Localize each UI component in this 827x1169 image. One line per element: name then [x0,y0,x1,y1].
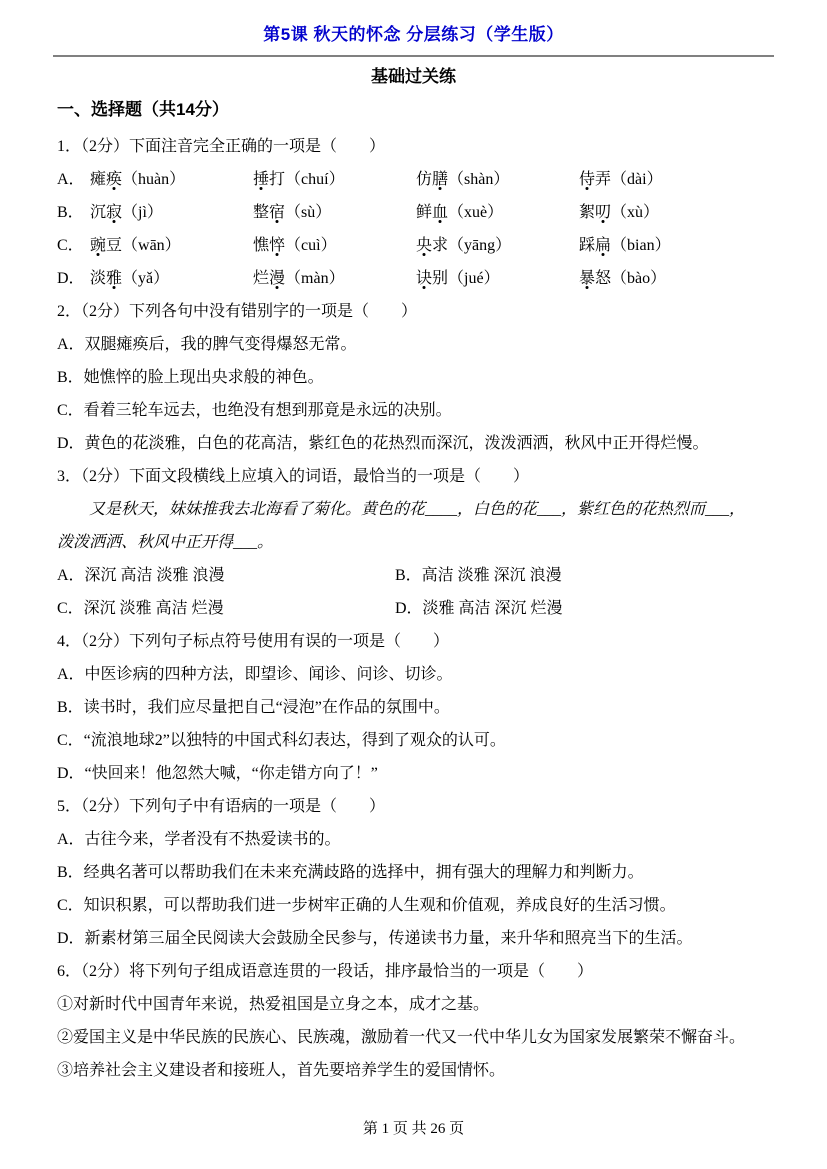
question-2-option-b: B．她憔悴的脸上现出央求般的神色。 [57,361,770,394]
question-4-option-a: A．中医诊病的四种方法，即望诊、闻诊、问诊、切诊。 [57,658,770,691]
option-label: A． [57,163,90,196]
pinyin-item: 捶打（chuí） [253,163,416,196]
question-5-stem: 5．（2分）下列句子中有语病的一项是（ ） [57,790,770,823]
question-3-options-row-1: A．深沉 高洁 淡雅 浪漫 B．高洁 淡雅 深沉 浪漫 [57,559,770,592]
question-3-option-d: D．淡雅 高洁 深沉 烂漫 [395,592,770,625]
pinyin-item: 诀别（jué） [416,262,579,295]
question-2-option-d: D．黄色的花淡雅，白色的花高洁，紫红色的花热烈而深沉，泼泼洒洒，秋风中正开得烂慢… [57,427,770,460]
question-list: 1．（2分）下面注音完全正确的一项是（ ） A．瘫痪（huàn）捶打（chuí）… [57,130,770,1087]
pinyin-item: 鲜血（xuè） [416,196,579,229]
question-4-option-c: C．“流浪地球2”以独特的中国式科幻表达，得到了观众的认可。 [57,724,770,757]
question-3-passage-line-1: 又是秋天，妹妹推我去北海看了菊化。黄色的花____，白色的花___，紫红色的花热… [57,493,770,526]
question-5-option-d: D．新素材第三届全民阅读大会鼓励全民参与，传递读书力量，来升华和照亮当下的生活。 [57,922,770,955]
option-label: C． [57,229,90,262]
part-heading-choice-questions: 一、选择题（共14分） [57,93,770,126]
question-6-sentence-3: ③培养社会主义建设者和接班人，首先要培养学生的爱国情怀。 [57,1054,770,1087]
pinyin-item: 整宿（sù） [253,196,416,229]
question-1-option-d: D．淡雅（yǎ）烂漫（màn）诀别（jué）暴怒（bào） [57,262,770,295]
question-4-stem: 4．（2分）下列句子标点符号使用有误的一项是（ ） [57,625,770,658]
question-1-option-a: A．瘫痪（huàn）捶打（chuí）仿膳（shàn）侍弄（dài） [57,163,770,196]
question-1-option-b: B．沉寂（jì）整宿（sù）鲜血（xuè）絮叨（xù） [57,196,770,229]
pinyin-item: 憔悴（cuì） [253,229,416,262]
document-page: 第5课 秋天的怀念 分层练习（学生版） 基础过关练 一、选择题（共14分） 1．… [0,0,827,1169]
question-3-option-a: A．深沉 高洁 淡雅 浪漫 [57,559,395,592]
pinyin-item: 淡雅（yǎ） [90,262,253,295]
question-3-option-c: C．深沉 淡雅 高洁 烂漫 [57,592,395,625]
section-heading: 基础过关练 [57,60,770,93]
question-4-option-b: B．读书时，我们应尽量把自己“浸泡”在作品的氛围中。 [57,691,770,724]
pinyin-item: 絮叨（xù） [579,196,659,229]
question-3-passage-line-2: 泼泼洒洒、秋风中正开得___。 [57,526,770,559]
question-3-option-b: B．高洁 淡雅 深沉 浪漫 [395,559,770,592]
option-label: D． [57,262,90,295]
question-5-option-a: A．古往今来，学者没有不热爱读书的。 [57,823,770,856]
pinyin-item: 暴怒（bào） [579,262,666,295]
header-divider-rule [53,55,774,57]
page-number-footer: 第 1 页 共 26 页 [0,1119,827,1139]
question-4-option-d: D．“快回来！他忽然大喊，“你走错方向了！” [57,757,770,790]
question-6-sentence-1: ①对新时代中国青年来说，热爱祖国是立身之本，成才之基。 [57,988,770,1021]
pinyin-item: 烂漫（màn） [253,262,416,295]
question-1-stem: 1．（2分）下面注音完全正确的一项是（ ） [57,130,770,163]
pinyin-item: 侍弄（dài） [579,163,663,196]
question-1-option-c: C．豌豆（wān）憔悴（cuì）央求（yāng）踩扁（bian） [57,229,770,262]
pinyin-item: 瘫痪（huàn） [90,163,253,196]
document-title: 第5课 秋天的怀念 分层练习（学生版） [57,22,770,48]
question-3-options-row-2: C．深沉 淡雅 高洁 烂漫 D．淡雅 高洁 深沉 烂漫 [57,592,770,625]
pinyin-item: 豌豆（wān） [90,229,253,262]
question-2-option-a: A．双腿瘫痪后，我的脾气变得爆怒无常。 [57,328,770,361]
question-3-stem: 3．（2分）下面文段横线上应填入的词语，最恰当的一项是（ ） [57,460,770,493]
option-label: B． [57,196,90,229]
question-6-sentence-2: ②爱国主义是中华民族的民族心、民族魂，激励着一代又一代中华儿女为国家发展繁荣不懈… [57,1021,770,1054]
pinyin-item: 央求（yāng） [416,229,579,262]
pinyin-item: 踩扁（bian） [579,229,671,262]
question-5-option-b: B．经典名著可以帮助我们在未来充满歧路的选择中，拥有强大的理解力和判断力。 [57,856,770,889]
question-2-option-c: C．看着三轮车远去，也绝没有想到那竟是永远的决别。 [57,394,770,427]
question-6-stem: 6．（2分）将下列句子组成语意连贯的一段话，排序最恰当的一项是（ ） [57,955,770,988]
question-2-stem: 2．（2分）下列各句中没有错别字的一项是（ ） [57,295,770,328]
question-5-option-c: C．知识积累，可以帮助我们进一步树牢正确的人生观和价值观，养成良好的生活习惯。 [57,889,770,922]
pinyin-item: 仿膳（shàn） [416,163,579,196]
pinyin-item: 沉寂（jì） [90,196,253,229]
